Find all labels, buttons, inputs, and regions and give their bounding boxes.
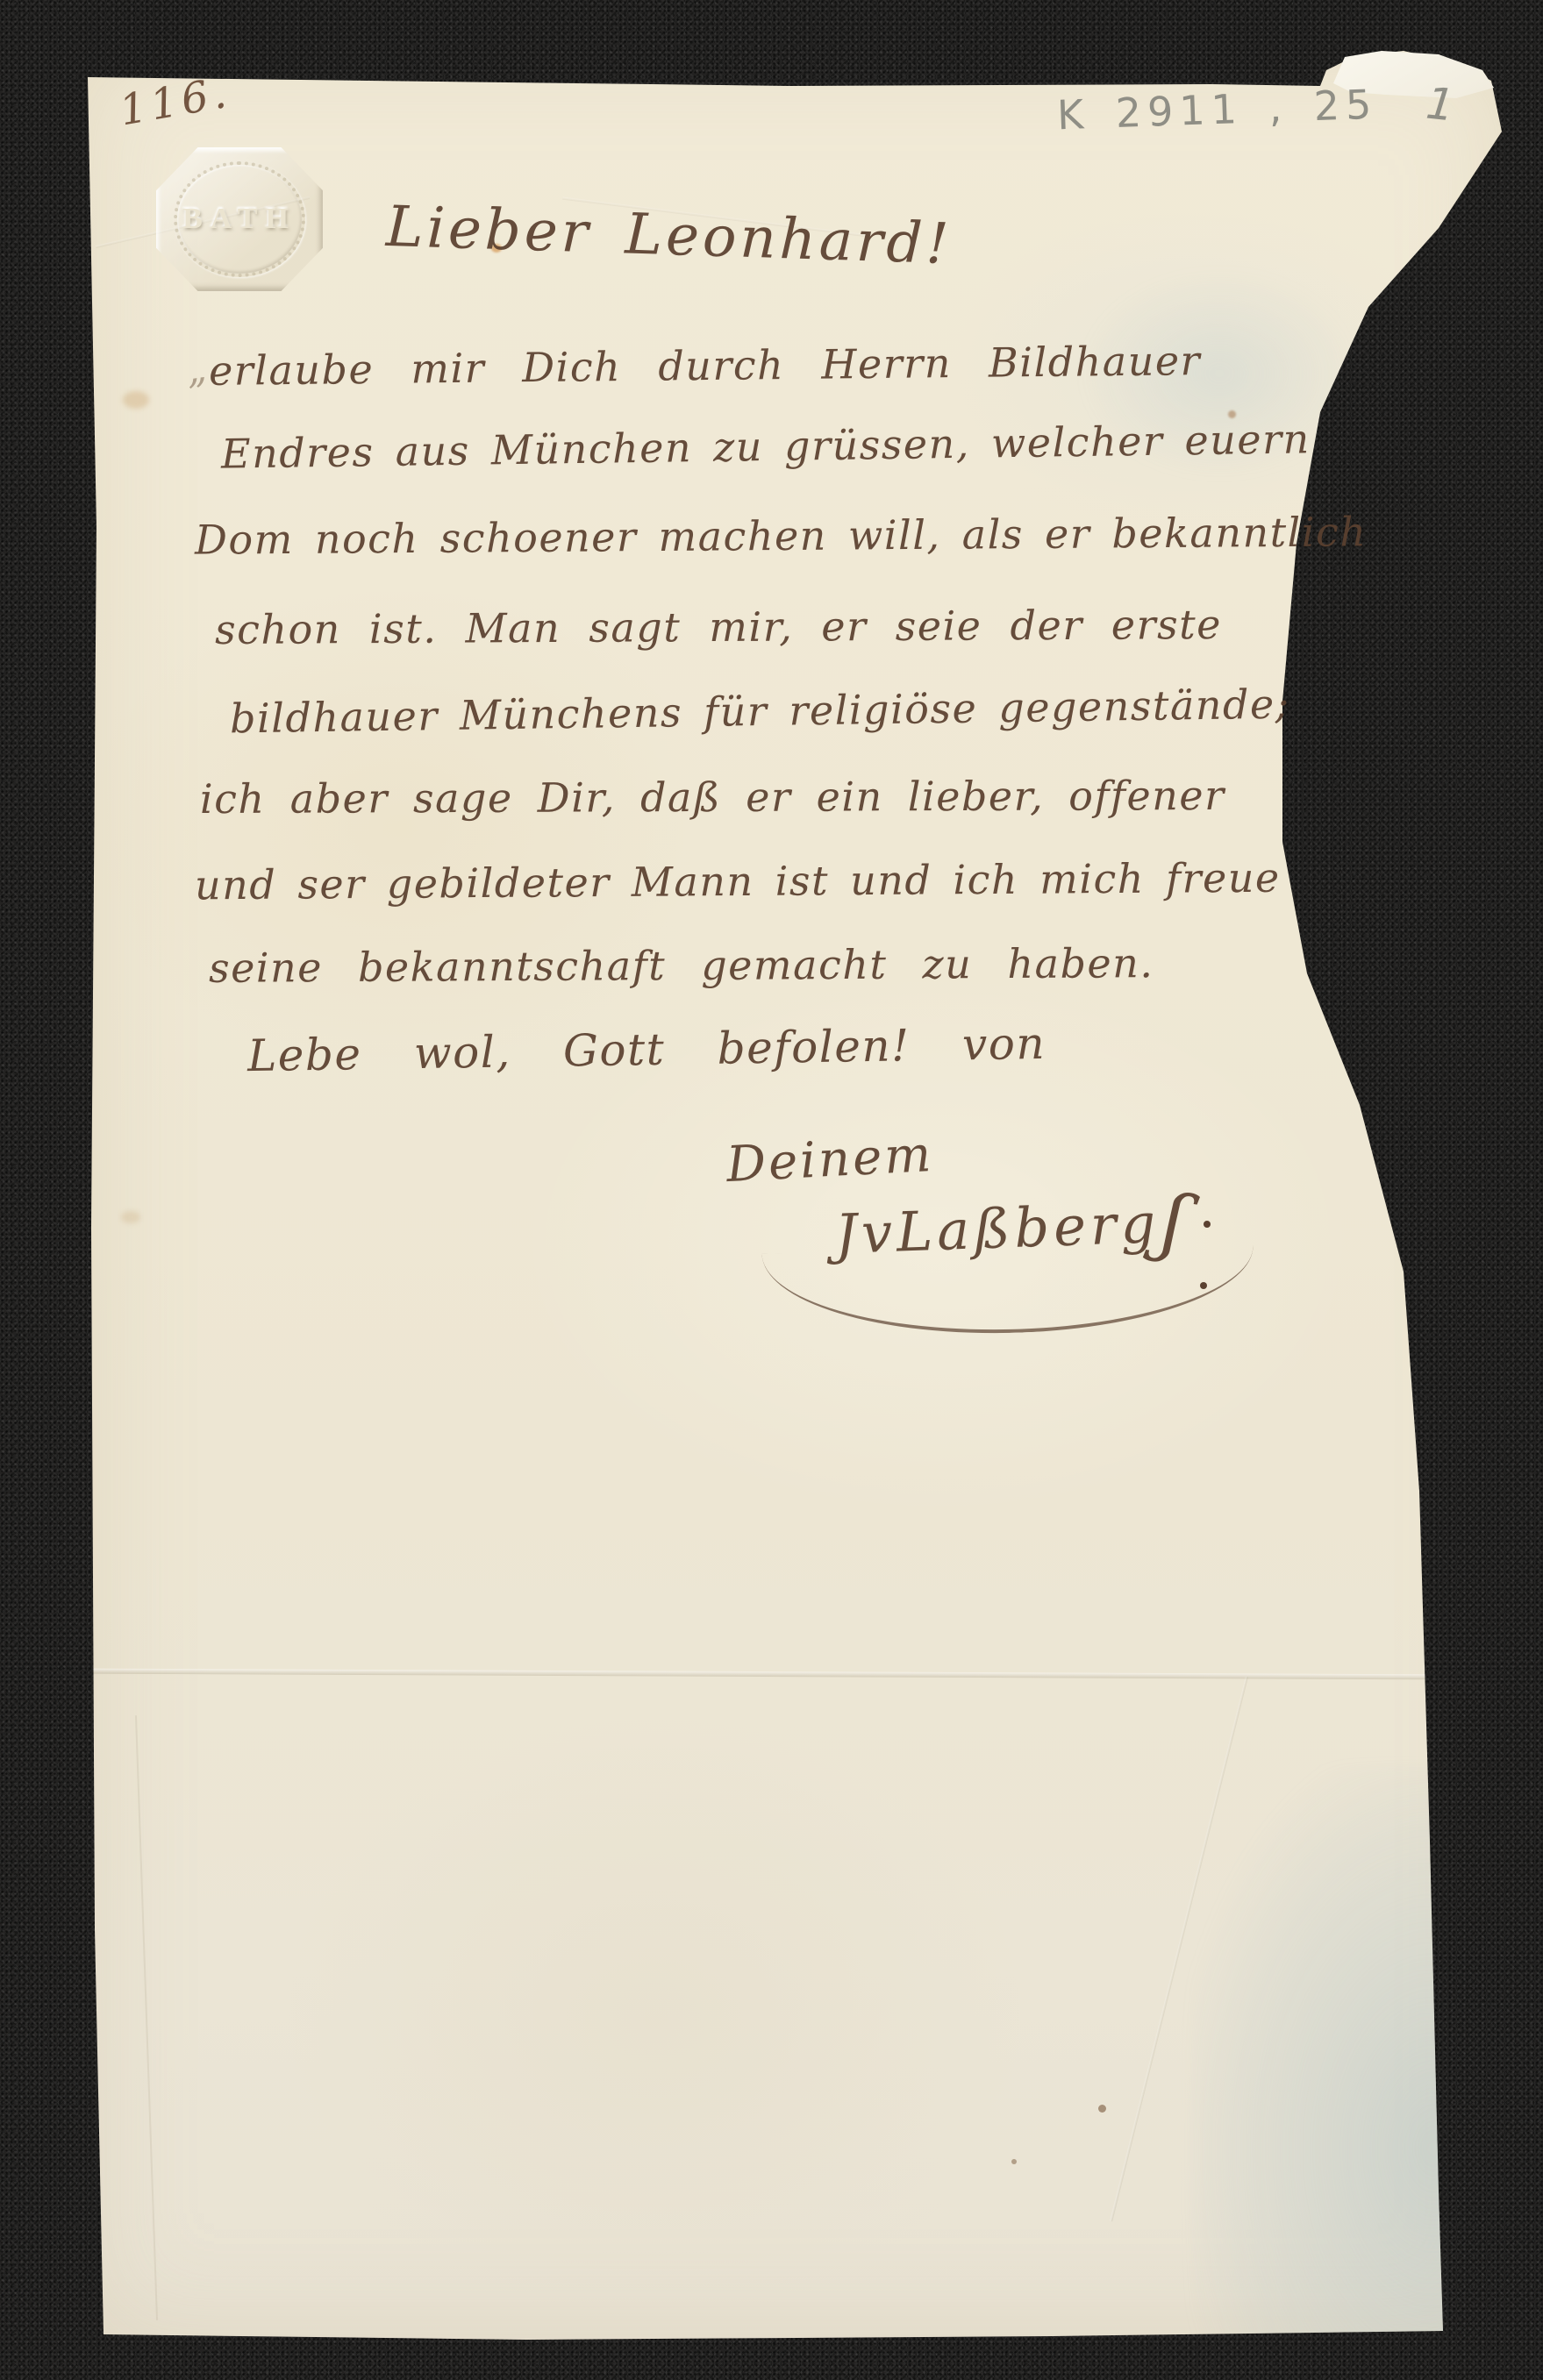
page-number-pencil: 1 xyxy=(1424,77,1457,131)
seal-text: BATH xyxy=(182,203,296,236)
signature-paraph-icon: ʃ xyxy=(1164,1221,1189,1225)
paraph-dot xyxy=(1204,1221,1211,1228)
letter-body-line: schon ist. Man sagt mir, er seie der ers… xyxy=(215,601,1222,653)
letter-body-line: Dom noch schoener machen will, als er be… xyxy=(195,508,1368,563)
letter-body-line: seine bekanntschaft gemacht zu haben. xyxy=(209,939,1154,992)
vertical-crease-left xyxy=(135,1715,158,2320)
letter-body-line: ich aber sage Dir, daß er ein lieber, of… xyxy=(200,772,1225,823)
embossed-seal: BATH xyxy=(156,147,323,291)
foxing-spot xyxy=(1098,2105,1106,2113)
paraph-dot xyxy=(1200,1282,1207,1289)
horizontal-fold-crease xyxy=(91,1669,1439,1680)
foxing-spot xyxy=(1011,2159,1017,2164)
foxing-spot xyxy=(121,1211,140,1223)
scanned-letter-page: BATH 116. K 2911 , 25 1 „ Lieber Leonhar… xyxy=(0,0,1543,2380)
letter-valediction: Deinem xyxy=(725,1126,934,1194)
blue-stain-bottom-right xyxy=(1193,1768,1526,2380)
foxing-spot xyxy=(123,391,149,409)
diagonal-crease-bottom xyxy=(1110,1677,1248,2222)
letter-body-line: und ser gebildeter Mann ist und ich mich… xyxy=(195,854,1281,909)
